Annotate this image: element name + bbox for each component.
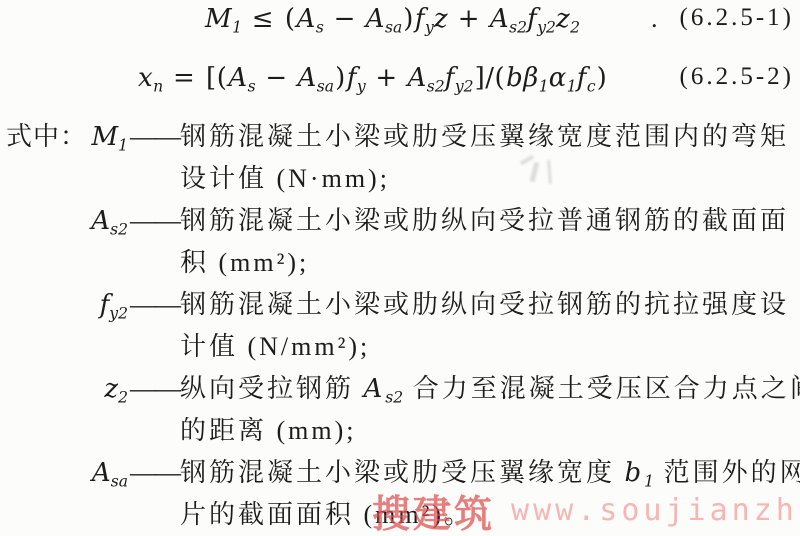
- definition-line: 钢筋混凝土小梁或肋受压翼缘宽度范围内的弯矩: [180, 116, 800, 158]
- formula-6-2-5-1-number: (6.2.5-1): [680, 4, 794, 32]
- formula-6-2-5-1-tail: . (6.2.5-1): [651, 4, 794, 34]
- definition-line: 钢筋混凝土小梁或肋纵向受拉普通钢筋的截面面: [180, 200, 800, 242]
- definition-line: 计值 (N/mm²);: [180, 326, 800, 368]
- definition-term: As2 ——: [0, 200, 180, 242]
- definition-line: 的距离 (mm);: [180, 410, 800, 452]
- definition-symbol: z2: [104, 368, 128, 410]
- definition-text: 钢筋混凝土小梁或肋纵向受拉钢筋的抗拉强度设计值 (N/mm²);: [180, 284, 800, 368]
- symbol-definition-item: z2 —— 纵向受拉钢筋 As2 合力至混凝土受压区合力点之间的距离 (mm);: [0, 368, 800, 452]
- definition-line: 片的截面面积 (mm²)。: [180, 494, 800, 536]
- definition-dash: ——: [130, 368, 180, 410]
- definition-text: 钢筋混凝土小梁或肋受压翼缘宽度范围内的弯矩设计值 (N·mm);: [180, 116, 800, 200]
- definition-dash: ——: [130, 200, 180, 242]
- definition-line: 设计值 (N·mm);: [180, 158, 800, 200]
- symbol-definition-item: fy2 —— 钢筋混凝土小梁或肋纵向受拉钢筋的抗拉强度设计值 (N/mm²);: [0, 284, 800, 368]
- symbol-definition-item: As2 —— 钢筋混凝土小梁或肋纵向受拉普通钢筋的截面面积 (mm²);: [0, 200, 800, 284]
- formula-6-2-5-1-period: .: [651, 4, 658, 34]
- document-page: M1 ≤ (As − Asa)fyz + As2fy2z2 . (6.2.5-1…: [0, 0, 800, 536]
- definition-dash: ——: [130, 116, 180, 158]
- definition-symbol: As2: [91, 200, 128, 242]
- formula-6-2-5-2-number: (6.2.5-2): [680, 63, 794, 91]
- definition-text: 钢筋混凝土小梁或肋受压翼缘宽度 b1 范围外的网片的截面面积 (mm²)。: [180, 452, 800, 536]
- symbol-definition-item: 式中： M1 —— 钢筋混凝土小梁或肋受压翼缘宽度范围内的弯矩设计值 (N·mm…: [0, 116, 800, 200]
- definition-symbol: fy2: [100, 284, 128, 326]
- definition-line: 积 (mm²);: [180, 242, 800, 284]
- formula-6-2-5-2: xn = [(As − Asa)fy + As2fy2]/(bβ1α1fc) (…: [138, 63, 794, 93]
- definition-term: Asa ——: [0, 452, 180, 494]
- definition-dash: ——: [130, 452, 180, 494]
- definition-text: 钢筋混凝土小梁或肋纵向受拉普通钢筋的截面面积 (mm²);: [180, 200, 800, 284]
- definition-line: 钢筋混凝土小梁或肋纵向受拉钢筋的抗拉强度设: [180, 284, 800, 326]
- symbol-definition-item: Asa —— 钢筋混凝土小梁或肋受压翼缘宽度 b1 范围外的网片的截面面积 (m…: [0, 452, 800, 536]
- definition-line: 钢筋混凝土小梁或肋受压翼缘宽度 b1 范围外的网: [180, 452, 800, 494]
- definition-symbol: Asa: [92, 452, 128, 494]
- definition-dash: ——: [130, 284, 180, 326]
- definition-symbol: M1: [91, 116, 128, 158]
- formula-6-2-5-1: M1 ≤ (As − Asa)fyz + As2fy2z2 . (6.2.5-1…: [205, 4, 794, 34]
- definition-text: 纵向受拉钢筋 As2 合力至混凝土受压区合力点之间的距离 (mm);: [180, 368, 800, 452]
- formula-6-2-5-2-tail: (6.2.5-2): [680, 63, 794, 91]
- formula-6-2-5-1-expression: M1 ≤ (As − Asa)fyz + As2fy2z2: [205, 4, 580, 34]
- definitions-intro-label: 式中：: [0, 116, 87, 158]
- definition-term: z2 ——: [0, 368, 180, 410]
- formula-6-2-5-2-expression: xn = [(As − Asa)fy + As2fy2]/(bβ1α1fc): [138, 63, 608, 93]
- symbol-definitions-list: 式中： M1 —— 钢筋混凝土小梁或肋受压翼缘宽度范围内的弯矩设计值 (N·mm…: [0, 116, 800, 536]
- definition-term: 式中： M1 ——: [0, 116, 180, 158]
- definition-line: 纵向受拉钢筋 As2 合力至混凝土受压区合力点之间: [180, 368, 800, 410]
- definition-term: fy2 ——: [0, 284, 180, 326]
